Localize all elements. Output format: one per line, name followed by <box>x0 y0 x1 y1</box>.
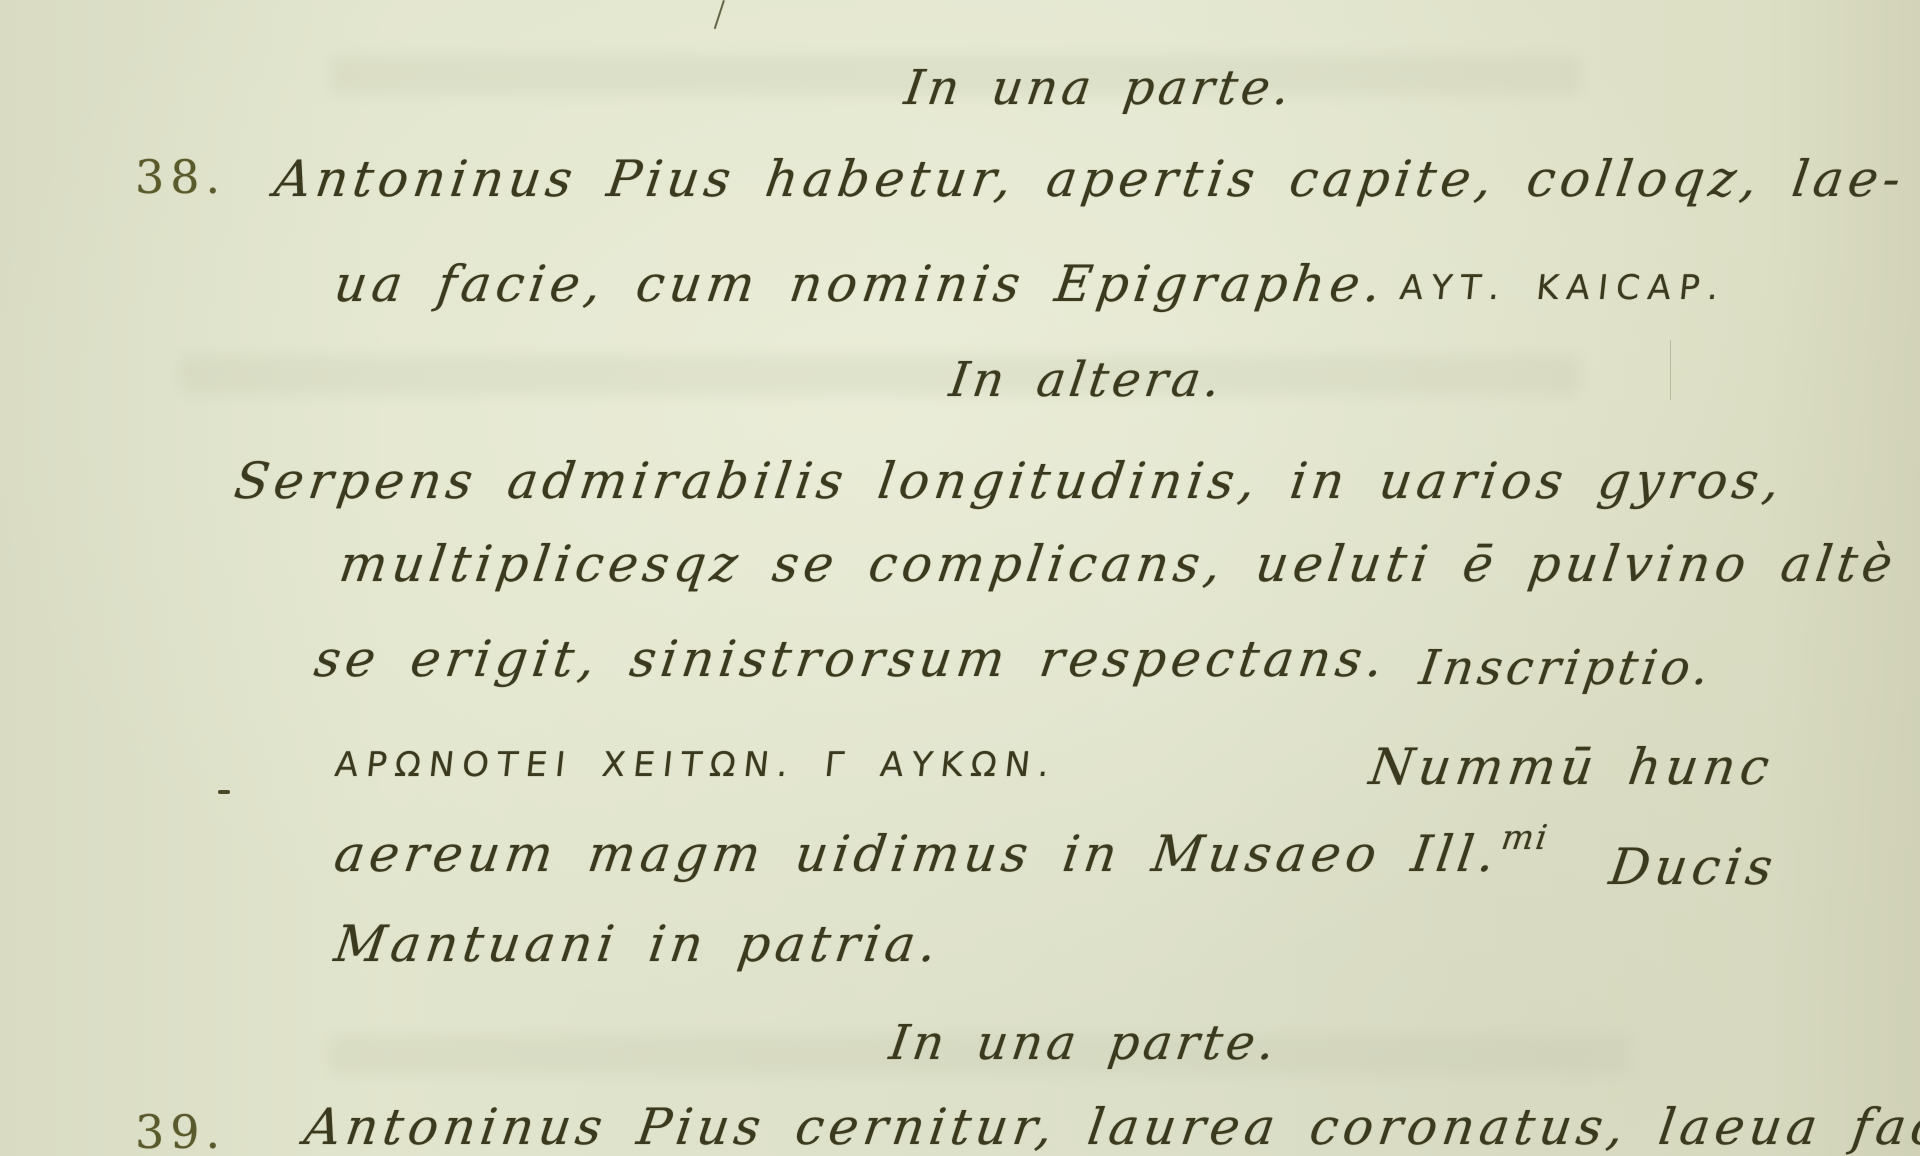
entry-38-inscription-label: Inscriptio. <box>1416 640 1716 696</box>
entry-38-note-line-2: aereum magm uidimus in Musaeo Ill.mi <box>331 825 1551 883</box>
entry-38-obverse-line-2: ua facie, cum nominis Epigraphe. <box>331 255 1390 313</box>
paper-crease <box>1670 340 1671 400</box>
entry-38-reverse-line-1: Serpens admirabilis longitudinis, in uar… <box>231 452 1788 510</box>
entry-38-obverse-heading: In una parte. <box>901 60 1297 116</box>
entry-38-number: 38. <box>135 150 226 204</box>
entry-39-obverse-line-1: Antoninus Pius cernitur, laurea coronatu… <box>301 1098 1920 1156</box>
ink-blot <box>218 790 230 794</box>
entry-38-note-line-1: Nummū hunc <box>1366 738 1778 796</box>
entry-38-reverse-line-3: se erigit, sinistrorsum respectans. <box>311 630 1392 688</box>
entry-38-reverse-line-2: multiplicesqz se complicans, ueluti ē pu… <box>336 535 1901 593</box>
entry-38-obverse-inscription: ΑΥΤ. ΚΑΙϹΑΡ. <box>1398 268 1729 308</box>
descender-stroke <box>714 0 725 29</box>
entry-38-note-text: aereum magm uidimus in Musaeo Ill. <box>331 825 1504 883</box>
entry-38-obverse-line-1: Antoninus Pius habetur, apertis capite, … <box>271 150 1909 208</box>
entry-38-note-line-3: Mantuani in patria. <box>331 915 945 973</box>
entry-39-obverse-heading: In una parte. <box>886 1015 1282 1071</box>
entry-38-reverse-heading: In altera. <box>946 352 1227 408</box>
bleed-through-2 <box>180 355 1580 395</box>
entry-38-reverse-inscription: ΑΡΩΝΟΤΕΙ ΧΕΙΤΩΝ. Γ ΑΥΚΩΝ. <box>333 745 1059 785</box>
manuscript-page: In una parte. 38. Antoninus Pius habetur… <box>0 0 1920 1156</box>
entry-39-number: 39. <box>135 1105 226 1156</box>
entry-38-note-superscript: mi <box>1499 818 1552 858</box>
entry-38-note-ducis: Ducis <box>1606 838 1781 896</box>
